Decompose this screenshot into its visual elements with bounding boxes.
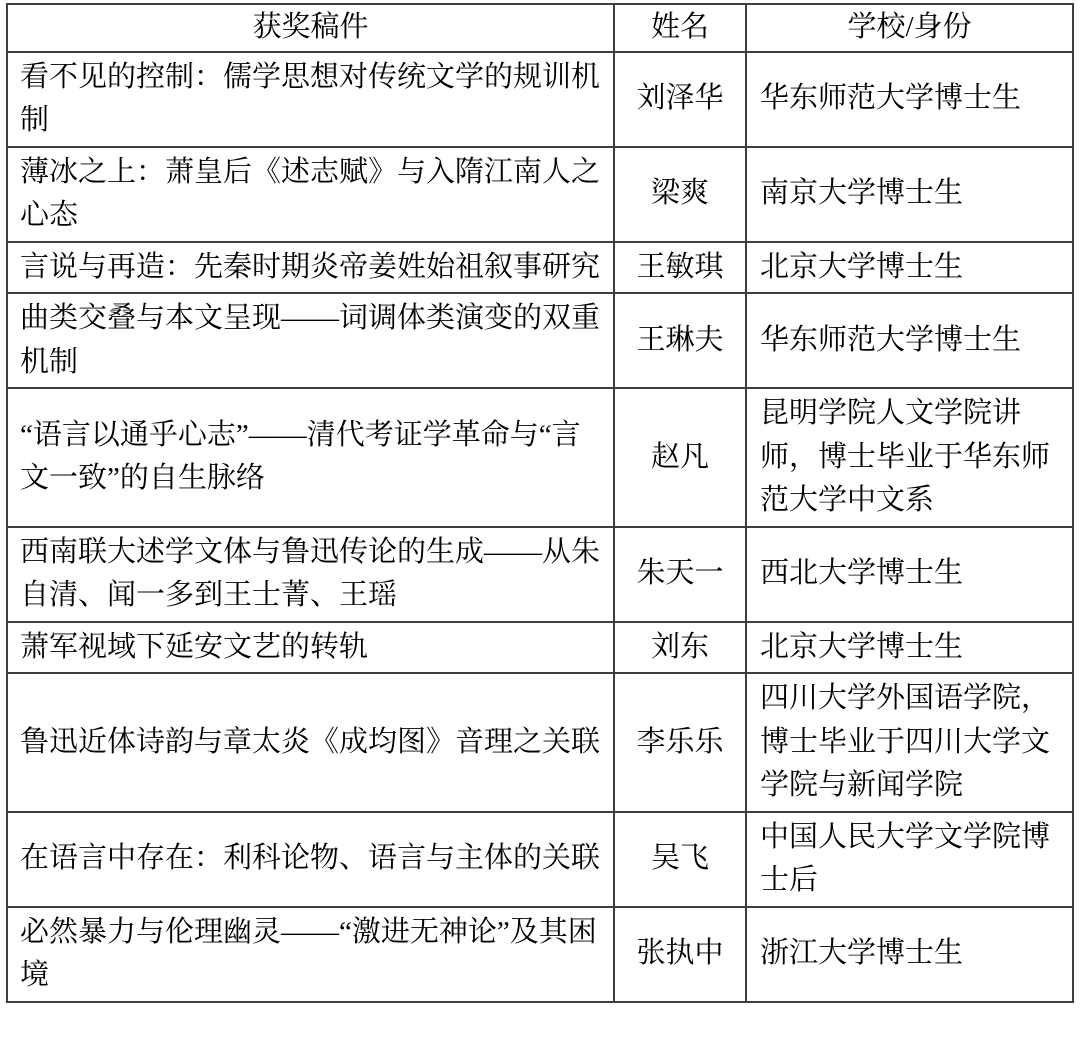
cell-name: 梁爽 (614, 147, 746, 242)
table-row: 鲁迅近体诗韵与章太炎《成均图》音理之关联 李乐乐 四川大学外国语学院，博士毕业于… (7, 673, 1073, 812)
table-row: 萧军视域下延安文艺的转轨 刘东 北京大学博士生 (7, 622, 1073, 674)
table-row: 西南联大述学文体与鲁迅传论的生成——从朱自清、闻一多到王士菁、王瑶 朱天一 西北… (7, 527, 1073, 622)
table-row: “语言以通乎心志”——清代考证学革命与“言文一致”的自生脉络 赵凡 昆明学院人文… (7, 388, 1073, 527)
cell-name: 吴飞 (614, 812, 746, 907)
cell-affiliation: 中国人民大学文学院博士后 (746, 812, 1073, 907)
cell-affiliation: 浙江大学博士生 (746, 907, 1073, 1002)
cell-affiliation: 西北大学博士生 (746, 527, 1073, 622)
col-header-manuscript: 获奖稿件 (7, 4, 614, 52)
cell-title: 看不见的控制：儒学思想对传统文学的规训机制 (7, 52, 614, 147)
cell-title: 薄冰之上：萧皇后《述志赋》与入隋江南人之心态 (7, 147, 614, 242)
cell-affiliation: 四川大学外国语学院，博士毕业于四川大学文学院与新闻学院 (746, 673, 1073, 812)
cell-title: 萧军视域下延安文艺的转轨 (7, 622, 614, 674)
cell-affiliation: 昆明学院人文学院讲师，博士毕业于华东师范大学中文系 (746, 388, 1073, 527)
table-row: 看不见的控制：儒学思想对传统文学的规训机制 刘泽华 华东师范大学博士生 (7, 52, 1073, 147)
cell-name: 张执中 (614, 907, 746, 1002)
cell-affiliation: 华东师范大学博士生 (746, 293, 1073, 388)
cell-name: 王敏琪 (614, 242, 746, 294)
col-header-name: 姓名 (614, 4, 746, 52)
cell-title: 言说与再造：先秦时期炎帝姜姓始祖叙事研究 (7, 242, 614, 294)
table-row: 薄冰之上：萧皇后《述志赋》与入隋江南人之心态 梁爽 南京大学博士生 (7, 147, 1073, 242)
table-row: 在语言中存在：利科论物、语言与主体的关联 吴飞 中国人民大学文学院博士后 (7, 812, 1073, 907)
cell-title: 西南联大述学文体与鲁迅传论的生成——从朱自清、闻一多到王士菁、王瑶 (7, 527, 614, 622)
table-row: 必然暴力与伦理幽灵——“激进无神论”及其困境 张执中 浙江大学博士生 (7, 907, 1073, 1002)
cell-name: 赵凡 (614, 388, 746, 527)
cell-title: “语言以通乎心志”——清代考证学革命与“言文一致”的自生脉络 (7, 388, 614, 527)
cell-affiliation: 南京大学博士生 (746, 147, 1073, 242)
cell-name: 王琳夫 (614, 293, 746, 388)
cell-affiliation: 华东师范大学博士生 (746, 52, 1073, 147)
table-row: 曲类交叠与本文呈现——词调体类演变的双重机制 王琳夫 华东师范大学博士生 (7, 293, 1073, 388)
cell-title: 在语言中存在：利科论物、语言与主体的关联 (7, 812, 614, 907)
awards-table: 获奖稿件 姓名 学校/身份 看不见的控制：儒学思想对传统文学的规训机制 刘泽华 … (6, 3, 1074, 1003)
cell-affiliation: 北京大学博士生 (746, 622, 1073, 674)
col-header-affiliation: 学校/身份 (746, 4, 1073, 52)
cell-title: 曲类交叠与本文呈现——词调体类演变的双重机制 (7, 293, 614, 388)
cell-name: 朱天一 (614, 527, 746, 622)
table-row: 言说与再造：先秦时期炎帝姜姓始祖叙事研究 王敏琪 北京大学博士生 (7, 242, 1073, 294)
cell-name: 李乐乐 (614, 673, 746, 812)
cell-affiliation: 北京大学博士生 (746, 242, 1073, 294)
cell-name: 刘东 (614, 622, 746, 674)
cell-title: 必然暴力与伦理幽灵——“激进无神论”及其困境 (7, 907, 614, 1002)
cell-title: 鲁迅近体诗韵与章太炎《成均图》音理之关联 (7, 673, 614, 812)
cell-name: 刘泽华 (614, 52, 746, 147)
header-row: 获奖稿件 姓名 学校/身份 (7, 4, 1073, 52)
